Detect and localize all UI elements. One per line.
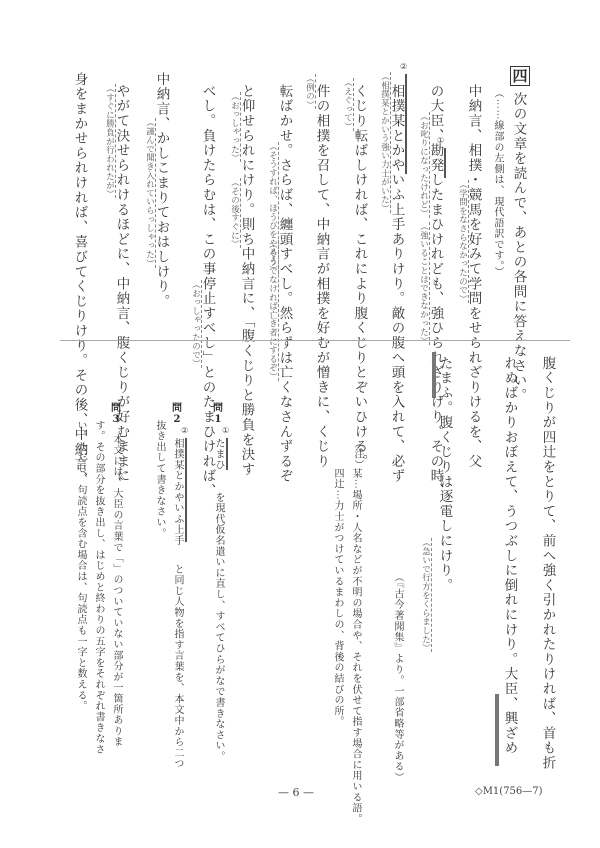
page-number: — 6 — — [278, 786, 314, 799]
gloss-4: （相撲某とかいう強い力士がいた） — [380, 72, 391, 213]
gloss-12: （謹んで聞き入れていらっしゃった） — [145, 118, 156, 268]
gloss-1: （学問をなさらなかったので） — [458, 180, 469, 303]
gloss-6: （例の） — [305, 74, 316, 109]
emphasis-bar-2 — [432, 352, 436, 398]
question-2-text: と同じ人物を指す言葉を、本文中から二つ — [172, 564, 182, 769]
question-2-label: 問2 — [171, 404, 183, 425]
question-3-text: 本文には、大臣の言葉で「」のついていない部分が一箇所ありま — [111, 434, 121, 747]
passage-line-9: 中納言、かしこまりておはしけり。 — [154, 72, 168, 309]
passage-line-14: たまふ。腹くじりは逐電しにけり。 — [437, 356, 451, 593]
question-1-target: たまひ — [213, 438, 223, 470]
gloss-9: （おっしゃった） — [230, 92, 241, 162]
question-2-underline — [185, 438, 187, 542]
passage-line-12: 腹くじりが四辻をとりて、前へ強く引かれたりければ、首も折 — [540, 356, 554, 770]
marker-1: ① — [437, 136, 444, 145]
passage-line-7: と仰せられにけり。則ち中納言に、「腹くじりと勝負を決す — [239, 84, 253, 477]
underline-2 — [405, 74, 407, 174]
question-1-underline — [226, 438, 228, 470]
gloss-14: （急いで行方をくらました） — [421, 538, 432, 652]
notes-label: （注） — [352, 438, 362, 470]
question-1-marker: ① — [222, 426, 229, 435]
section-note: （⋯⋯線部の左側は、現代語訳です。） — [492, 88, 502, 277]
gloss-5: （えぐって） — [343, 78, 354, 131]
passage-line-13: れぬばかりおぼえて、うつぶしに倒れにけり。大臣、興ざめ — [502, 356, 516, 756]
section-divider — [60, 340, 570, 341]
gloss-13: （すぐに勝負が行われたが） — [105, 84, 116, 198]
emphasis-bar-1 — [495, 694, 499, 766]
question-2-text-cont: 抜き出して書きなさい。 — [154, 420, 164, 539]
gloss-10: （その後すぐに） — [230, 178, 241, 248]
question-1-label: 問1 — [212, 404, 224, 425]
note-item-1: 某⋯場所・人名などが不明の場合や、それを伏せて指す場合に用いる語。 — [350, 468, 360, 824]
question-3-text-cont2: い。ただし、句読点を含む場合は、句読点も一字と数える。 — [75, 420, 85, 712]
question-2-target: 相撲某とかやいふ上手 — [172, 438, 182, 546]
question-2-marker: ② — [181, 426, 188, 435]
exam-code: ◇M1(756—7) — [475, 786, 543, 797]
source-citation: （『古今著聞集』より。一部省略等がある） — [392, 572, 402, 783]
passage-line-3: 相撲某とかやいふ上手ありけり。敵の腹へ頭を入れて、必ず — [389, 84, 403, 484]
question-3-text-cont: す。その部分を抜き出し、はじめと終わりの五字をそれぞれ書きなさ — [93, 420, 103, 755]
gloss-8: （そうでなければ亡き者にするぞ） — [268, 240, 279, 381]
passage-line-8: べし。負けたらむは、この事停止すべし」とのたまひければ、 — [200, 84, 214, 498]
section-number: 四 — [510, 66, 530, 86]
passage-line-4: くじり転ばしければ、これにより腹くじりとぞいひける。 — [352, 84, 366, 469]
question-1-text: を現代仮名遣いに直し、すべてひらがなで書きなさい。 — [213, 492, 223, 762]
note-item-2: 四辻⋯力士がつけているまわしの、背後の結びの所。 — [332, 468, 342, 727]
gloss-11: （おっしゃったので） — [191, 280, 202, 368]
passage-line-6: 転ばかせ。さらば、纏頭すべし。然らずは亡くなさんずるぞ — [277, 84, 291, 484]
exam-page: 四 次の文章を読んで、あとの各問に答えなさい。 （⋯⋯線部の左側は、現代語訳です… — [0, 0, 600, 848]
marker-2: ② — [400, 62, 407, 71]
gloss-3: （強いることはできなかった） — [419, 222, 430, 345]
gloss-2: （お叱りになったけれど） — [419, 112, 430, 218]
question-3-label: 問3 — [110, 404, 122, 425]
passage-line-5: 件の相撲を召して、中納言が相撲を好むが憎きに、くじり — [314, 84, 328, 469]
underline-1 — [444, 148, 446, 178]
